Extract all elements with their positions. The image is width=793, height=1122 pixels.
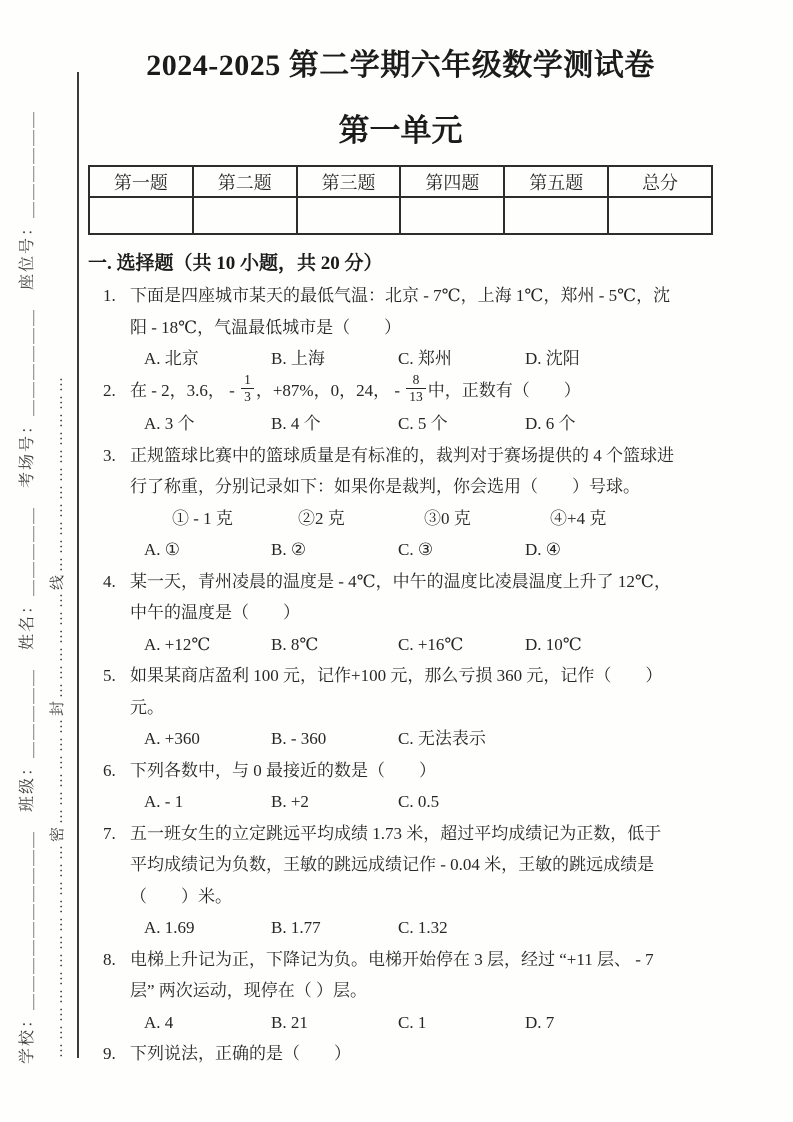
score-cell [608,197,712,234]
unit-title: 第一单元 [88,105,713,150]
question-text: ，+87%，0，24， - [256,381,404,400]
option-a: A. 北京 [144,343,271,375]
option-b: B. - 360 [271,723,398,755]
question-line: 7.五一班女生的立定跳远平均成绩 1.73 米，超过平均成绩记为正数，低于 [88,818,713,850]
question-line: 9.下列说法，正确的是（ ） [88,1038,713,1070]
exam-paper-page: 学校：＿＿＿＿＿＿＿＿＿＿ 班级：＿＿＿＿＿ 姓名：＿＿＿＿＿ 考场号：＿＿＿＿… [0,0,793,1122]
option-d: D. ④ [525,534,561,566]
option-d: D. 6 个 [525,408,576,440]
score-table-blank-row [89,197,712,234]
question-number: 8. [103,944,130,976]
option-c: C. 无法表示 [398,723,486,755]
option-b: B. 21 [271,1007,398,1039]
question-line: 元。 [88,692,713,724]
option-b: B. 1.77 [271,912,398,944]
section-heading: 一. 选择题（共 10 小题，共 20 分） [88,248,713,275]
score-header-q3: 第三题 [297,166,401,197]
question-9: 9.下列说法，正确的是（ ） [88,1038,713,1070]
question-line: 平均成绩记为负数，王敏的跳远成绩记作 - 0.04 米，王敏的跳远成绩是 [88,849,713,881]
seal-line: ………………………………密………………封………………线…………………………… [46,374,67,1058]
option-a: A. - 1 [144,786,271,818]
option-row: A. 4B. 21C. 1D. 7 [88,1007,713,1039]
option-row: A. - 1B. +2C. 0.5 [88,786,713,818]
question-line: 阳 - 18℃，气温最低城市是（ ） [88,312,713,344]
question-3: 3.正规篮球比赛中的篮球质量是有标准的，裁判对于赛场提供的 4 个篮球进 行了称… [88,440,713,566]
question-number: 5. [103,660,130,692]
question-line: 1.下面是四座城市某天的最低气温：北京 - 7℃，上海 1℃，郑州 - 5℃，沈 [88,280,713,312]
question-text: 下面是四座城市某天的最低气温：北京 - 7℃，上海 1℃，郑州 - 5℃，沈 [130,286,670,305]
option-c: C. 郑州 [398,343,525,375]
question-line: 6.下列各数中，与 0 最接近的数是（ ） [88,755,713,787]
question-line: 4.某一天，青州凌晨的温度是 - 4℃，中午的温度比凌晨温度上升了 12℃， [88,566,713,598]
option-row: A. 1.69B. 1.77C. 1.32 [88,912,713,944]
option-c: C. 1.32 [398,912,448,944]
question-6: 6.下列各数中，与 0 最接近的数是（ ） A. - 1B. +2C. 0.5 [88,755,713,818]
option-d: D. 沈阳 [525,343,580,375]
score-header-q5: 第五题 [504,166,608,197]
option-row: A. +12℃B. 8℃C. +16℃D. 10℃ [88,629,713,661]
seal-border-line [77,72,79,1058]
question-line: 行了称重，分别记录如下：如果你是裁判，你会选用（ ）号球。 [88,471,713,503]
question-text: 某一天，青州凌晨的温度是 - 4℃，中午的温度比凌晨温度上升了 12℃， [130,572,671,591]
question-list: 1.下面是四座城市某天的最低气温：北京 - 7℃，上海 1℃，郑州 - 5℃，沈… [88,280,713,1070]
question-line: 5.如果某商店盈利 100 元，记作+100 元，那么亏损 360 元，记作（ … [88,660,713,692]
option-a: A. +12℃ [144,629,271,661]
question-text: 在 - 2，3.6， - [130,381,239,400]
question-line: 8.电梯上升记为正，下降记为负。电梯开始停在 3 层，经过 “+11 层、 - … [88,944,713,976]
option-d: D. 10℃ [525,629,582,661]
question-text: 正规篮球比赛中的篮球质量是有标准的，裁判对于赛场提供的 4 个篮球进 [130,446,674,465]
option-b: B. ② [271,534,398,566]
question-text: 电梯上升记为正，下降记为负。电梯开始停在 3 层，经过 “+11 层、 - 7 [130,950,654,969]
score-cell [297,197,401,234]
option-b: B. 4 个 [271,408,398,440]
question-line: 3.正规篮球比赛中的篮球质量是有标准的，裁判对于赛场提供的 4 个篮球进 [88,440,713,472]
question-text: 下列说法，正确的是（ ） [130,1044,351,1063]
question-8: 8.电梯上升记为正，下降记为负。电梯开始停在 3 层，经过 “+11 层、 - … [88,944,713,1039]
question-number: 4. [103,566,130,598]
paper-content: 2024-2025 第二学期六年级数学测试卷 第一单元 第一题 第二题 第三题 … [88,40,713,1070]
score-cell [89,197,193,234]
score-cell [193,197,297,234]
ball-4-weight: ④+4 克 [550,503,606,535]
question-line: 中午的温度是（ ） [88,597,713,629]
question-number: 6. [103,755,130,787]
option-d: D. 7 [525,1007,554,1039]
option-a: A. +360 [144,723,271,755]
ball-weight-list: ① - 1 克②2 克③0 克④+4 克 [88,503,713,535]
option-row: A. ①B. ②C. ③D. ④ [88,534,713,566]
question-line: 2.在 - 2，3.6， - 13，+87%，0，24， - 813中，正数有（… [88,375,713,409]
question-4: 4.某一天，青州凌晨的温度是 - 4℃，中午的温度比凌晨温度上升了 12℃， 中… [88,566,713,661]
ball-3-weight: ③0 克 [424,503,550,535]
question-line: （ ）米。 [88,881,713,913]
question-number: 3. [103,440,130,472]
question-2: 2.在 - 2，3.6， - 13，+87%，0，24， - 813中，正数有（… [88,375,713,440]
score-table-header-row: 第一题 第二题 第三题 第四题 第五题 总分 [89,166,712,197]
question-text: 中，正数有（ ） [428,381,581,400]
fraction-eight-thirteenths: 813 [406,372,426,405]
option-row: A. 北京B. 上海C. 郑州D. 沈阳 [88,343,713,375]
question-number: 1. [103,280,130,312]
question-number: 9. [103,1038,130,1070]
fraction-one-third: 13 [241,372,254,405]
score-cell [504,197,608,234]
option-c: C. +16℃ [398,629,525,661]
question-7: 7.五一班女生的立定跳远平均成绩 1.73 米，超过平均成绩记为正数，低于 平均… [88,818,713,944]
question-number: 2. [103,375,130,407]
option-a: A. 1.69 [144,912,271,944]
option-a: A. 3 个 [144,408,271,440]
option-a: A. ① [144,534,271,566]
question-number: 7. [103,818,130,850]
ball-1-weight: ① - 1 克 [172,503,298,535]
question-5: 5.如果某商店盈利 100 元，记作+100 元，那么亏损 360 元，记作（ … [88,660,713,755]
score-header-q2: 第二题 [193,166,297,197]
student-info-fields: 学校：＿＿＿＿＿＿＿＿＿＿ 班级：＿＿＿＿＿ 姓名：＿＿＿＿＿ 考场号：＿＿＿＿… [14,110,37,1064]
score-header-total: 总分 [608,166,712,197]
question-line: 层” 两次运动，现停在（ ）层。 [88,975,713,1007]
option-b: B. +2 [271,786,398,818]
question-text: 如果某商店盈利 100 元，记作+100 元，那么亏损 360 元，记作（ ） [130,666,662,685]
ball-2-weight: ②2 克 [298,503,424,535]
option-a: A. 4 [144,1007,271,1039]
option-c: C. 0.5 [398,786,439,818]
option-c: C. 5 个 [398,408,525,440]
score-table: 第一题 第二题 第三题 第四题 第五题 总分 [88,165,713,235]
question-text: 五一班女生的立定跳远平均成绩 1.73 米，超过平均成绩记为正数，低于 [130,824,661,843]
question-1: 1.下面是四座城市某天的最低气温：北京 - 7℃，上海 1℃，郑州 - 5℃，沈… [88,280,713,375]
option-row: A. +360B. - 360C. 无法表示 [88,723,713,755]
option-c: C. ③ [398,534,525,566]
score-header-q4: 第四题 [400,166,504,197]
paper-title: 2024-2025 第二学期六年级数学测试卷 [88,40,713,84]
score-header-q1: 第一题 [89,166,193,197]
option-b: B. 8℃ [271,629,398,661]
question-text: 下列各数中，与 0 最接近的数是（ ） [130,761,436,780]
option-row: A. 3 个B. 4 个C. 5 个D. 6 个 [88,408,713,440]
option-b: B. 上海 [271,343,398,375]
score-cell [400,197,504,234]
option-c: C. 1 [398,1007,525,1039]
